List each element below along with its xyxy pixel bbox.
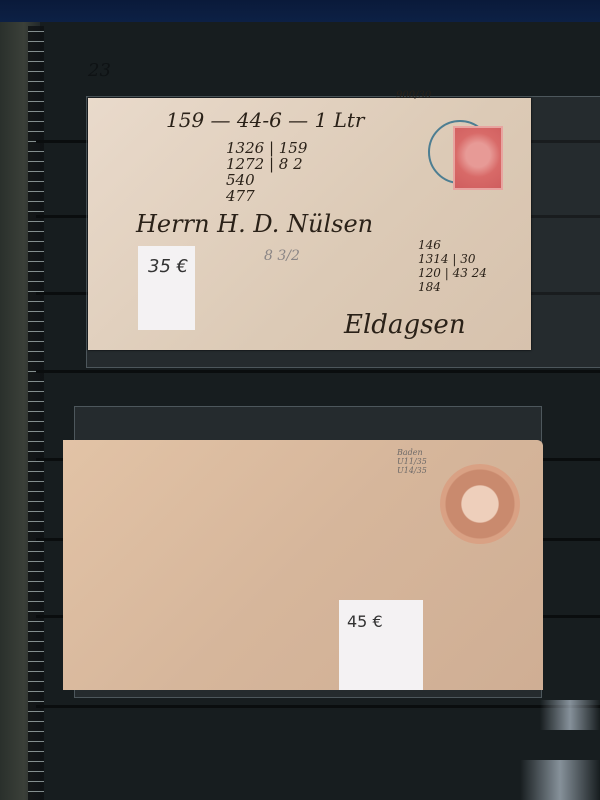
indicium <box>440 464 520 544</box>
address-line: Herrn H. D. Nülsen <box>136 210 373 238</box>
calculation-right: 146 1314 | 30 120 | 43 24 184 <box>418 238 487 294</box>
price-label-top: 35 € <box>138 246 195 330</box>
glare <box>540 700 600 730</box>
pencil-note: Baden U11/35 U14/35 <box>397 448 427 475</box>
glare <box>520 760 600 800</box>
price-label-bottom: 45 € <box>339 600 423 690</box>
background-band <box>0 0 600 24</box>
cover-top-line: 159 — 44-6 — 1 Ltr <box>166 108 365 132</box>
destination: Eldagsen <box>344 310 466 340</box>
strip-divider <box>36 370 600 373</box>
corner-note: 900/30 <box>396 90 431 101</box>
strip-divider <box>36 705 600 708</box>
pencil-mid: 8 3/2 <box>264 248 300 264</box>
calculation-top: 1326 | 159 1272 | 8 2 540 477 <box>226 140 307 204</box>
stamp <box>453 126 503 190</box>
album-page-note: 23 <box>88 60 111 81</box>
